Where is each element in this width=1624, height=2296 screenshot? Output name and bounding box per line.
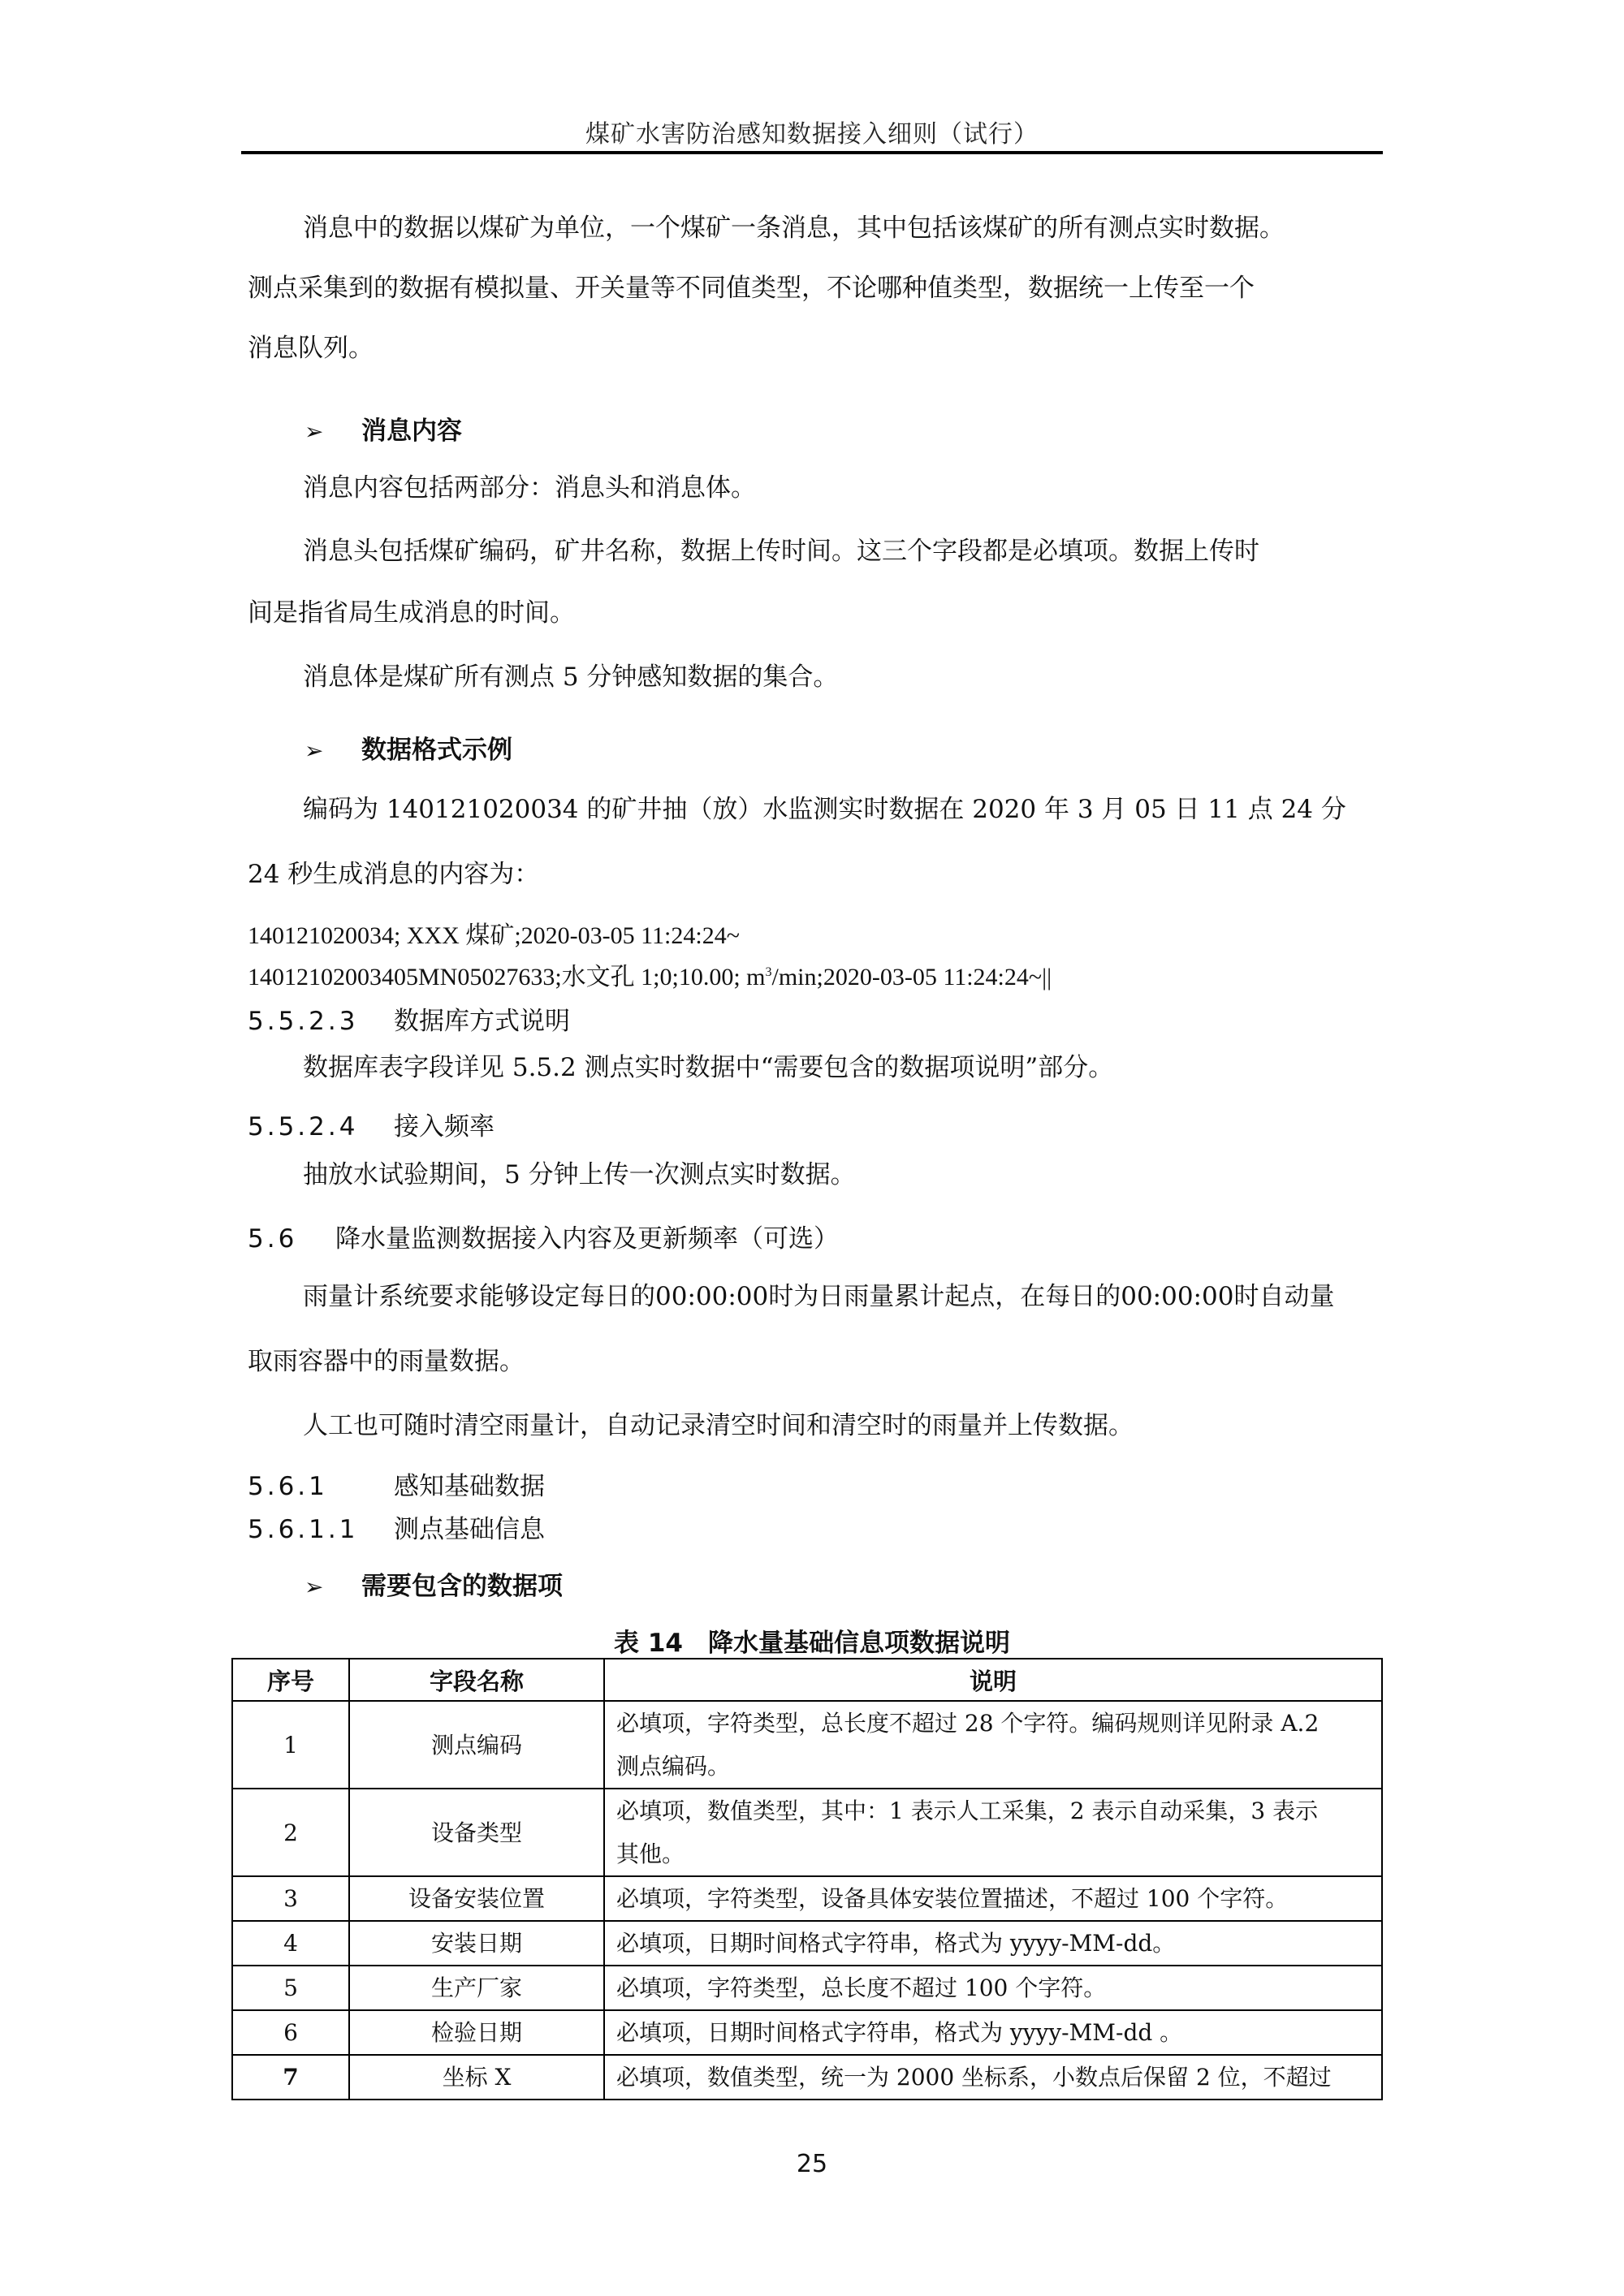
section-heading-5-6: 5.6降水量监测数据接入内容及更新频率（可选）: [248, 1218, 839, 1254]
cell-no: 4: [232, 1921, 349, 1966]
section-heading-5-6-1: 5.6.1感知基础数据: [248, 1465, 545, 1502]
cell-no: 2: [232, 1789, 349, 1876]
cell-field-name: 坐标 X: [349, 2055, 604, 2100]
section-title: 数据库方式说明: [394, 1007, 570, 1036]
cell-field-name: 检验日期: [349, 2010, 604, 2055]
description-line: 必填项，数值类型，其中：1 表示人工采集，2 表示自动采集，3 表示: [616, 1789, 1370, 1832]
running-header-title: 煤矿水害防治感知数据接入细则（试行）: [0, 114, 1624, 149]
section-heading-5-6-1-1: 5.6.1.1测点基础信息: [248, 1508, 545, 1545]
cell-field-name: 测点编码: [349, 1701, 604, 1789]
cell-no: 1: [232, 1701, 349, 1789]
cell-description: 必填项，字符类型，设备具体安装位置描述，不超过 100 个字符。: [604, 1876, 1382, 1921]
arrow-bullet-icon: ➢: [304, 737, 361, 764]
column-header-no: 序号: [232, 1659, 349, 1701]
table-header-row: 序号 字段名称 说明: [232, 1659, 1382, 1701]
bullet-heading-label: 数据格式示例: [361, 736, 512, 765]
example-message-part: /min;2020-03-05 11:24:24~||: [772, 964, 1052, 990]
column-header-description: 说明: [604, 1659, 1382, 1701]
table-row: 5 生产厂家 必填项，字符类型，总长度不超过 100 个字符。: [232, 1966, 1382, 2010]
paragraph-line: 消息队列。: [248, 333, 1384, 364]
arrow-bullet-icon: ➢: [304, 1573, 361, 1600]
paragraph-line: 间是指省局生成消息的时间。: [248, 598, 1384, 628]
table-row: 4 安装日期 必填项，日期时间格式字符串，格式为 yyyy-MM-dd。: [232, 1921, 1382, 1966]
section-number: 5.6.1.1: [248, 1515, 394, 1544]
description-line: 测点编码。: [616, 1745, 1370, 1788]
header-divider: [241, 151, 1383, 154]
bullet-heading-format-example: ➢数据格式示例: [304, 729, 512, 766]
paragraph-line: 取雨容器中的雨量数据。: [248, 1346, 1384, 1377]
paragraph-line: 消息头包括煤矿编码，矿井名称，数据上传时间。这三个字段都是必填项。数据上传时: [303, 536, 1440, 567]
page-number: 25: [0, 2150, 1624, 2178]
paragraph-line: 消息内容包括两部分：消息头和消息体。: [303, 473, 1440, 503]
section-number: 5.6.1: [248, 1472, 394, 1501]
paragraph-line: 测点采集到的数据有模拟量、开关量等不同值类型，不论哪种值类型，数据统一上传至一个: [248, 273, 1384, 304]
cell-no: 3: [232, 1876, 349, 1921]
bullet-heading-label: 消息内容: [361, 416, 462, 446]
column-header-field-name: 字段名称: [349, 1659, 604, 1701]
cell-description: 必填项，数值类型，统一为 2000 坐标系，小数点后保留 2 位，不超过: [604, 2055, 1382, 2100]
example-message-part: 14012102003405MN05027633;水文孔 1;0;10.00; …: [248, 964, 766, 990]
table-caption: 表 14 降水量基础信息项数据说明: [0, 1622, 1624, 1659]
paragraph-line: 24 秒生成消息的内容为：: [248, 859, 1384, 890]
paragraph-line: 消息中的数据以煤矿为单位，一个煤矿一条消息，其中包括该煤矿的所有测点实时数据。: [303, 213, 1440, 244]
table-row: 7 坐标 X 必填项，数值类型，统一为 2000 坐标系，小数点后保留 2 位，…: [232, 2055, 1382, 2100]
paragraph-line: 抽放水试验期间，5 分钟上传一次测点实时数据。: [303, 1159, 1440, 1190]
section-title: 测点基础信息: [394, 1515, 545, 1544]
section-title: 感知基础数据: [394, 1472, 545, 1501]
paragraph-line: 雨量计系统要求能够设定每日的00:00:00时为日雨量累计起点，在每日的00:0…: [303, 1281, 1440, 1312]
cell-field-name: 设备安装位置: [349, 1876, 604, 1921]
paragraph-line: 消息体是煤矿所有测点 5 分钟感知数据的集合。: [303, 662, 1440, 693]
data-items-table: 序号 字段名称 说明 1 测点编码 必填项，字符类型，总长度不超过 28 个字符…: [231, 1658, 1383, 2100]
description-line: 必填项，字符类型，总长度不超过 28 个字符。编码规则详见附录 A.2: [616, 1702, 1370, 1745]
paragraph-line: 编码为 140121020034 的矿井抽（放）水监测实时数据在 2020 年 …: [303, 794, 1440, 825]
example-message-line-2: 14012102003405MN05027633;水文孔 1;0;10.00; …: [248, 956, 1052, 992]
cell-field-name: 安装日期: [349, 1921, 604, 1966]
cell-no: 7: [232, 2055, 349, 2100]
table-row: 1 测点编码 必填项，字符类型，总长度不超过 28 个字符。编码规则详见附录 A…: [232, 1701, 1382, 1789]
table-row: 3 设备安装位置 必填项，字符类型，设备具体安装位置描述，不超过 100 个字符…: [232, 1876, 1382, 1921]
example-message-line-1: 140121020034; XXX 煤矿;2020-03-05 11:24:24…: [248, 915, 740, 951]
cell-field-name: 生产厂家: [349, 1966, 604, 2010]
cell-description: 必填项，日期时间格式字符串，格式为 yyyy-MM-dd 。: [604, 2010, 1382, 2055]
cell-no: 5: [232, 1966, 349, 2010]
cell-description: 必填项，数值类型，其中：1 表示人工采集，2 表示自动采集，3 表示其他。: [604, 1789, 1382, 1876]
cell-no: 6: [232, 2010, 349, 2055]
section-number: 5.5.2.4: [248, 1112, 394, 1142]
cell-description: 必填项，日期时间格式字符串，格式为 yyyy-MM-dd。: [604, 1921, 1382, 1966]
bullet-heading-message-content: ➢消息内容: [304, 410, 462, 447]
description-line: 其他。: [616, 1832, 1370, 1875]
arrow-bullet-icon: ➢: [304, 418, 361, 445]
superscript: 3: [766, 965, 772, 979]
table-row: 2 设备类型 必填项，数值类型，其中：1 表示人工采集，2 表示自动采集，3 表…: [232, 1789, 1382, 1876]
section-title: 接入频率: [394, 1112, 495, 1142]
section-number: 5.6: [248, 1224, 335, 1254]
table-row: 6 检验日期 必填项，日期时间格式字符串，格式为 yyyy-MM-dd 。: [232, 2010, 1382, 2055]
cell-description: 必填项，字符类型，总长度不超过 28 个字符。编码规则详见附录 A.2测点编码。: [604, 1701, 1382, 1789]
bullet-heading-required-items: ➢需要包含的数据项: [304, 1565, 563, 1602]
cell-field-name: 设备类型: [349, 1789, 604, 1876]
section-title: 降水量监测数据接入内容及更新频率（可选）: [335, 1224, 839, 1254]
cell-description: 必填项，字符类型，总长度不超过 100 个字符。: [604, 1966, 1382, 2010]
section-number: 5.5.2.3: [248, 1007, 394, 1036]
section-heading-5-5-2-3: 5.5.2.3数据库方式说明: [248, 1000, 570, 1037]
paragraph-line: 人工也可随时清空雨量计，自动记录清空时间和清空时的雨量并上传数据。: [303, 1410, 1440, 1441]
paragraph-line: 数据库表字段详见 5.5.2 测点实时数据中“需要包含的数据项说明”部分。: [303, 1052, 1440, 1083]
bullet-heading-label: 需要包含的数据项: [361, 1572, 563, 1601]
section-heading-5-5-2-4: 5.5.2.4接入频率: [248, 1106, 495, 1142]
